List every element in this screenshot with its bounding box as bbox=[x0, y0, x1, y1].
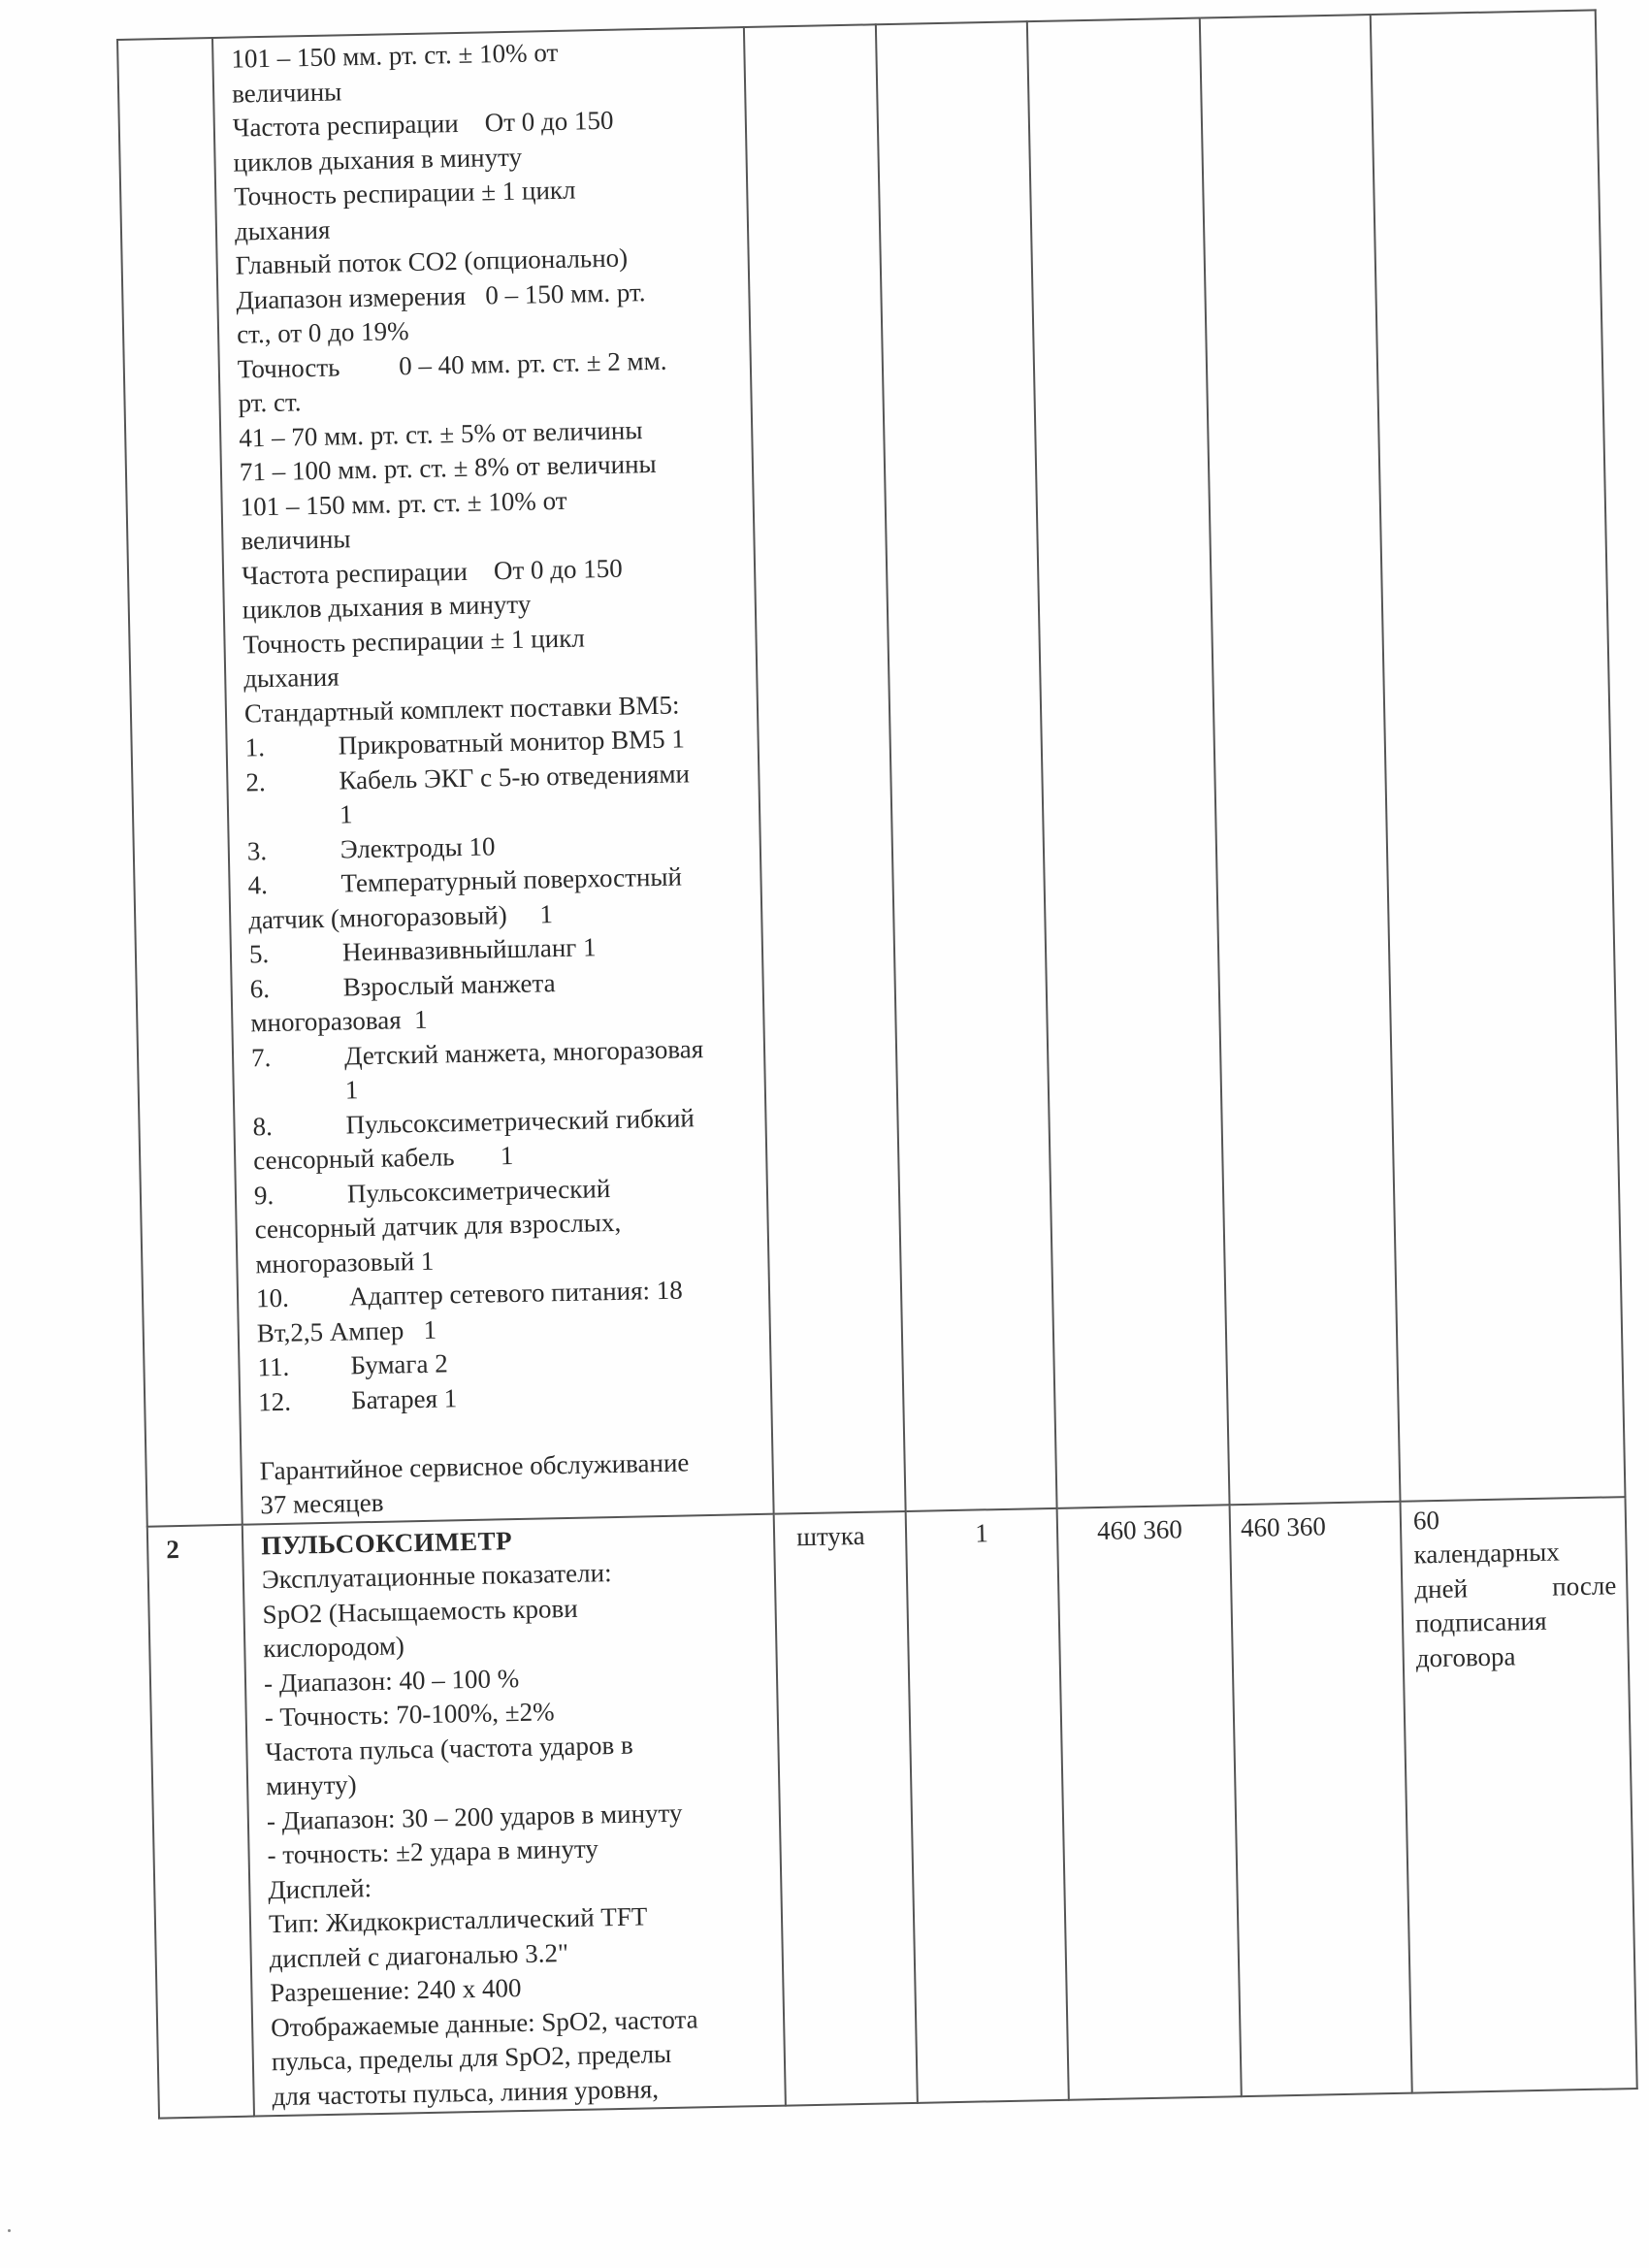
term-word: календарных bbox=[1413, 1535, 1560, 1572]
table-row: 2 ПУЛЬСОКСИМЕТР Эксплуатационные показат… bbox=[147, 1497, 1637, 2118]
term-line: договора bbox=[1415, 1637, 1618, 1676]
list-number: 4. bbox=[247, 867, 341, 903]
term-word: 60 bbox=[1413, 1503, 1440, 1538]
price-cell: 460 360 bbox=[1057, 1505, 1242, 2099]
quantity-value: 1 bbox=[907, 1508, 1057, 1552]
table-row: 101 – 150 мм. рт. ст. ± 10% отвеличиныЧа… bbox=[117, 10, 1625, 1526]
sum-cell: 460 360 bbox=[1230, 1501, 1412, 2095]
sum-cell bbox=[1200, 15, 1401, 1505]
unit-value: штука bbox=[775, 1511, 906, 1554]
quantity-cell bbox=[876, 21, 1057, 1510]
unit-cell: штука bbox=[774, 1510, 918, 2105]
list-number: 7. bbox=[251, 1039, 345, 1075]
list-number: 9. bbox=[254, 1177, 348, 1213]
term-line: подписания bbox=[1415, 1603, 1618, 1641]
delivery-term-cell bbox=[1371, 10, 1626, 1501]
price-cell bbox=[1027, 18, 1230, 1508]
description-text: Эксплуатационные показатели:SpO2 (Насыща… bbox=[262, 1553, 775, 2114]
scanned-page: 101 – 150 мм. рт. ст. ± 10% отвеличиныЧа… bbox=[0, 0, 1649, 2268]
list-number: 12. bbox=[258, 1383, 352, 1419]
list-number: 2. bbox=[245, 763, 339, 799]
list-number: 5. bbox=[249, 936, 343, 972]
scan-speck bbox=[8, 2229, 11, 2232]
description-text: 101 – 150 мм. рт. ст. ± 10% отвеличиныЧа… bbox=[213, 28, 773, 1523]
term-word: подписания bbox=[1415, 1604, 1547, 1641]
quantity-cell: 1 bbox=[906, 1507, 1069, 2102]
list-number: 3. bbox=[246, 832, 340, 868]
term-word: дней bbox=[1414, 1571, 1468, 1607]
specification-sheet: 101 – 150 мм. рт. ст. ± 10% отвеличиныЧа… bbox=[116, 9, 1638, 2119]
price-value: 460 360 bbox=[1058, 1506, 1230, 1549]
term-line: днейпосле bbox=[1414, 1569, 1617, 1607]
delivery-term-cell: 60календарныхднейпослеподписаниядоговора bbox=[1401, 1497, 1637, 2093]
list-number: 10. bbox=[256, 1280, 350, 1315]
list-number: 8. bbox=[252, 1108, 346, 1144]
term-word: после bbox=[1552, 1569, 1617, 1604]
description-cell: ПУЛЬСОКСИМЕТР Эксплуатационные показател… bbox=[242, 1513, 786, 2116]
row-number-cell: 2 bbox=[147, 1524, 254, 2118]
term-line: 60 bbox=[1413, 1500, 1616, 1539]
term-line: календарных bbox=[1413, 1534, 1616, 1572]
delivery-term-text: 60календарныхднейпослеподписаниядоговора bbox=[1402, 1498, 1629, 1676]
sum-value: 460 360 bbox=[1231, 1502, 1401, 1545]
list-number: 6. bbox=[249, 970, 343, 1006]
description-cell: 101 – 150 мм. рт. ст. ± 10% отвеличиныЧа… bbox=[212, 27, 774, 1524]
list-number: 11. bbox=[257, 1348, 351, 1384]
specification-table: 101 – 150 мм. рт. ст. ± 10% отвеличиныЧа… bbox=[116, 9, 1638, 2119]
term-word: договора bbox=[1415, 1639, 1515, 1676]
list-number: 1. bbox=[244, 729, 339, 765]
